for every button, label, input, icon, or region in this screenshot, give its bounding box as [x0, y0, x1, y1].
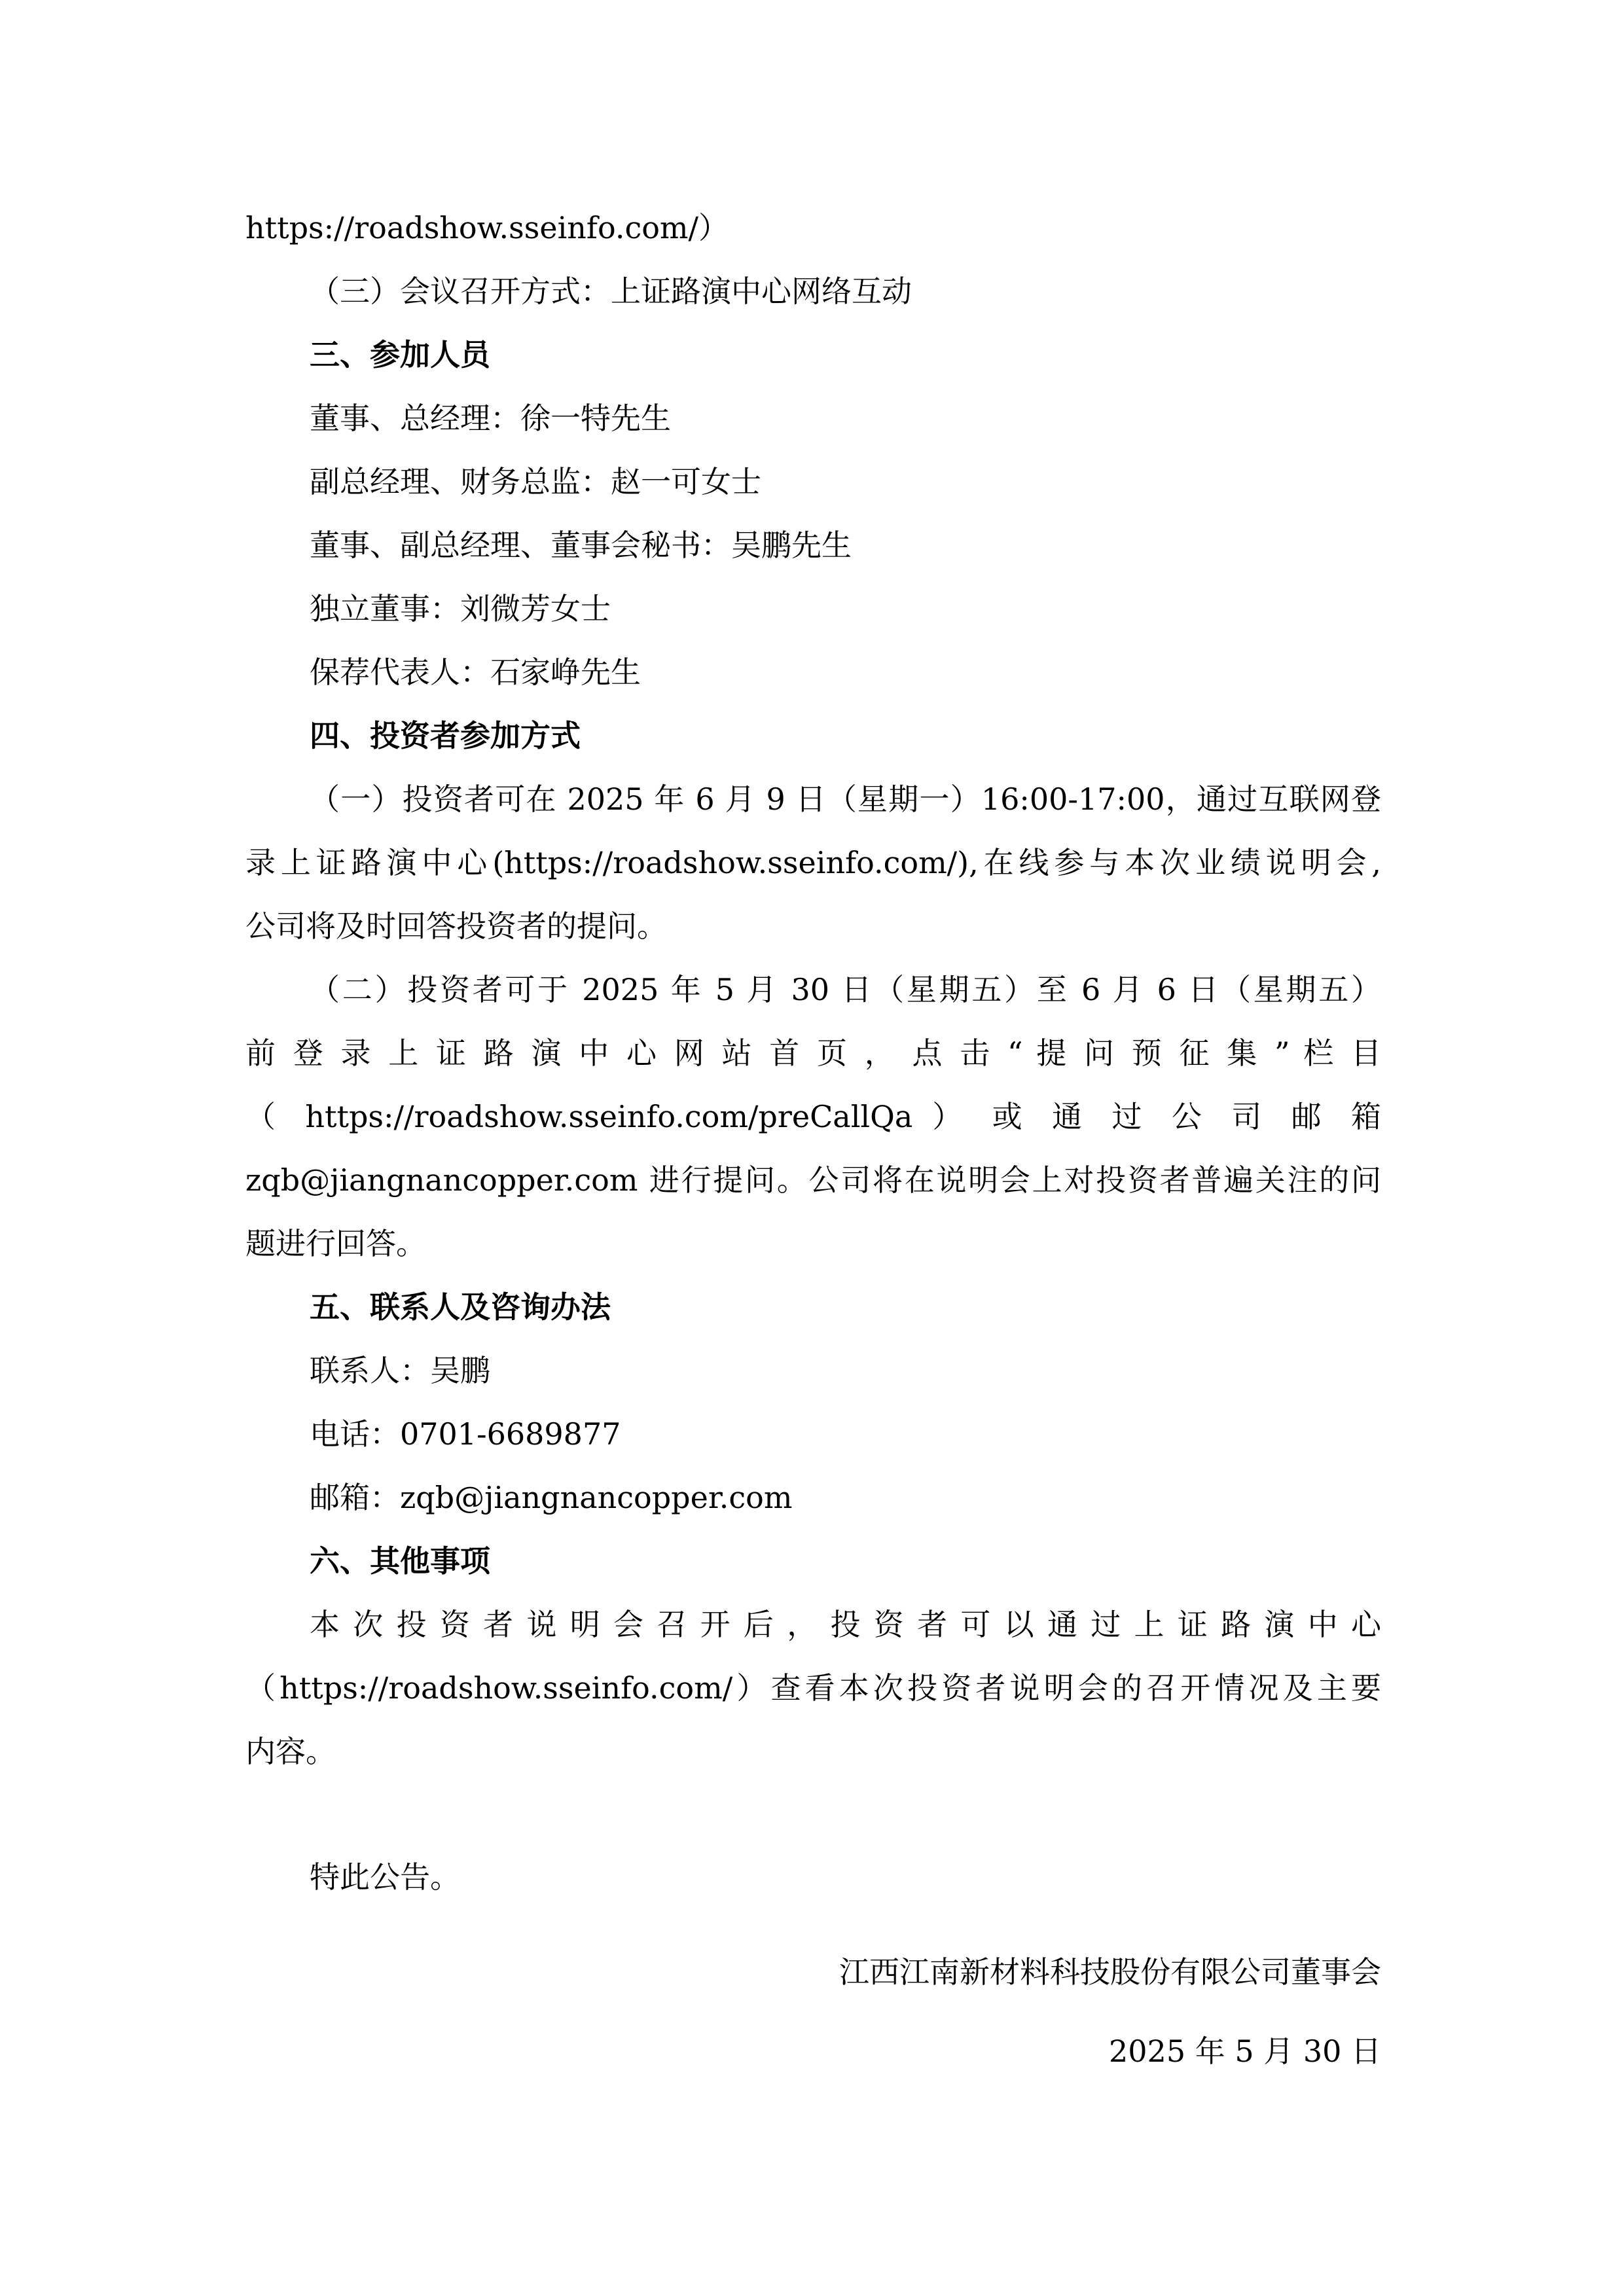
section-heading-contact: 五、联系人及咨询办法 — [245, 1287, 1381, 1327]
url-continuation: https://roadshow.sseinfo.com/） — [245, 208, 1381, 247]
item1-line-2: 录上证路演中心(https://roadshow.sseinfo.com/),在… — [245, 843, 1381, 882]
participant-2: 副总经理、财务总监：赵一可女士 — [245, 462, 1381, 501]
email-value: zqb@jiangnancopper.com — [400, 1480, 792, 1515]
email-label: 邮箱： — [310, 1480, 400, 1515]
participant-1: 董事、总经理：徐一特先生 — [245, 399, 1381, 438]
signature-company: 江西江南新材料科技股份有限公司董事会 — [245, 1952, 1381, 1992]
contact-email: 邮箱：zqb@jiangnancopper.com — [245, 1478, 1381, 1517]
section-heading-participation: 四、投资者参加方式 — [245, 716, 1381, 755]
participant-5: 保荐代表人：石家峥先生 — [245, 653, 1381, 692]
contact-person: 联系人：吴鹏 — [245, 1351, 1381, 1390]
participant-4: 独立董事：刘微芳女士 — [245, 589, 1381, 628]
item2-line-2: 前 登 录 上 证 路 演 中 心 网 站 首 页 ， 点 击 “ 提 问 预 … — [245, 1033, 1381, 1073]
participant-3: 董事、副总经理、董事会秘书：吴鹏先生 — [245, 526, 1381, 565]
other-line-2: （https://roadshow.sseinfo.com/）查看本次投资者说明… — [245, 1668, 1381, 1708]
item2-line-4: zqb@jiangnancopper.com 进行提问。公司将在说明会上对投资者… — [245, 1160, 1381, 1200]
item2-line-3: （ https://roadshow.sseinfo.com/preCallQa… — [245, 1097, 1381, 1136]
other-line-1: 本 次 投 资 者 说 明 会 召 开 后 ， 投 资 者 可 以 通 过 上 … — [245, 1605, 1381, 1644]
closing-statement: 特此公告。 — [245, 1857, 1381, 1897]
contact-name: 吴鹏 — [430, 1353, 490, 1388]
meeting-method: （三）会议召开方式：上证路演中心网络互动 — [245, 272, 1381, 311]
section-heading-other: 六、其他事项 — [245, 1541, 1381, 1581]
signature-date: 2025 年 5 月 30 日 — [245, 2032, 1381, 2071]
phone-label: 电话： — [310, 1416, 400, 1452]
phone-value: 0701-6689877 — [400, 1416, 621, 1452]
item1-line-1: （一）投资者可在 2025 年 6 月 9 日（星期一）16:00-17:00，… — [245, 780, 1381, 819]
contact-label: 联系人： — [310, 1353, 430, 1388]
item1-line-3: 公司将及时回答投资者的提问。 — [245, 906, 1381, 946]
contact-phone: 电话：0701-6689877 — [245, 1414, 1381, 1454]
item2-line-5: 题进行回答。 — [245, 1224, 1381, 1263]
item2-line-1: （二）投资者可于 2025 年 5 月 30 日（星期五）至 6 月 6 日（星… — [245, 970, 1381, 1009]
other-line-3: 内容。 — [245, 1732, 1381, 1771]
section-heading-participants: 三、参加人员 — [245, 335, 1381, 374]
